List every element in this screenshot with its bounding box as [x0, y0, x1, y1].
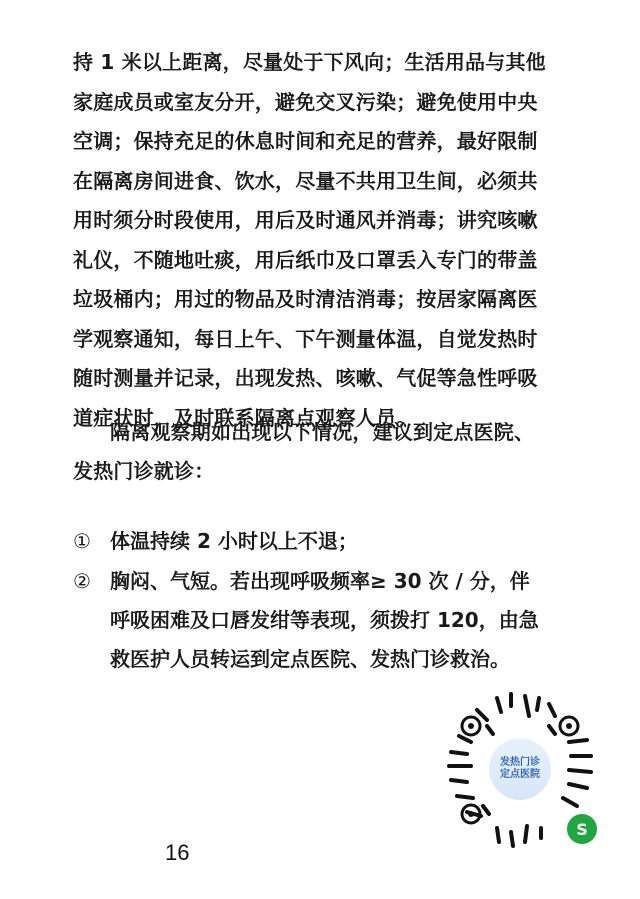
text-line: 礼仪，不随地吐痰，用后纸巾及口罩丢入专门的带盖: [73, 248, 538, 272]
text-line: 随时测量并记录，出现发热、咳嗽、气促等急性呼吸: [73, 366, 538, 390]
list-item-text: 呼吸困难及口唇发绀等表现，须拨打 120，由急: [110, 608, 539, 632]
wechat-miniprogram-icon: S: [567, 814, 597, 844]
text-line: 发热门诊就诊：: [73, 459, 214, 483]
text-line: 在隔离房间进食、饮水，尽量不共用卫生间，必须共: [73, 169, 538, 193]
page-number: 16: [165, 840, 189, 866]
qr-label-line2: 定点医院: [500, 769, 540, 781]
qr-center-label: 发热门诊 定点医院: [489, 738, 551, 800]
document-page: 持 1 米以上距离，尽量处于下风向；生活用品与其他 家庭成员或室友分开，避免交叉…: [0, 0, 640, 899]
text-line: 用时须分时段使用，用后及时通风并消毒；讲究咳嗽: [73, 208, 538, 232]
text-line: 隔离观察期如出现以下情况，建议到定点医院、: [110, 420, 534, 444]
text-line: 持 1 米以上距离，尽量处于下风向；生活用品与其他: [73, 50, 546, 74]
miniprogram-qr-code[interactable]: 发热门诊 定点医院 S: [437, 686, 603, 852]
qr-label-line1: 发热门诊: [500, 757, 540, 769]
text-line: 学观察通知，每日上午、下午测量体温，自觉发热时: [73, 327, 538, 351]
text-line: 家庭成员或室友分开，避免交叉污染；避免使用中央: [73, 90, 538, 114]
text-line: 空调；保持充足的休息时间和充足的营养，最好限制: [73, 129, 538, 153]
list-item-text: 胸闷、气短。若出现呼吸频率≥ 30 次 / 分，伴: [110, 569, 530, 593]
text-line: 垃圾桶内；用过的物品及时清洁消毒；按居家隔离医: [73, 287, 538, 311]
list-marker: ②: [73, 569, 91, 593]
list-item-text: 救医护人员转运到定点医院、发热门诊救治。: [110, 647, 510, 671]
list-item-text: 体温持续 2 小时以上不退；: [110, 529, 358, 553]
list-marker: ①: [73, 529, 91, 553]
